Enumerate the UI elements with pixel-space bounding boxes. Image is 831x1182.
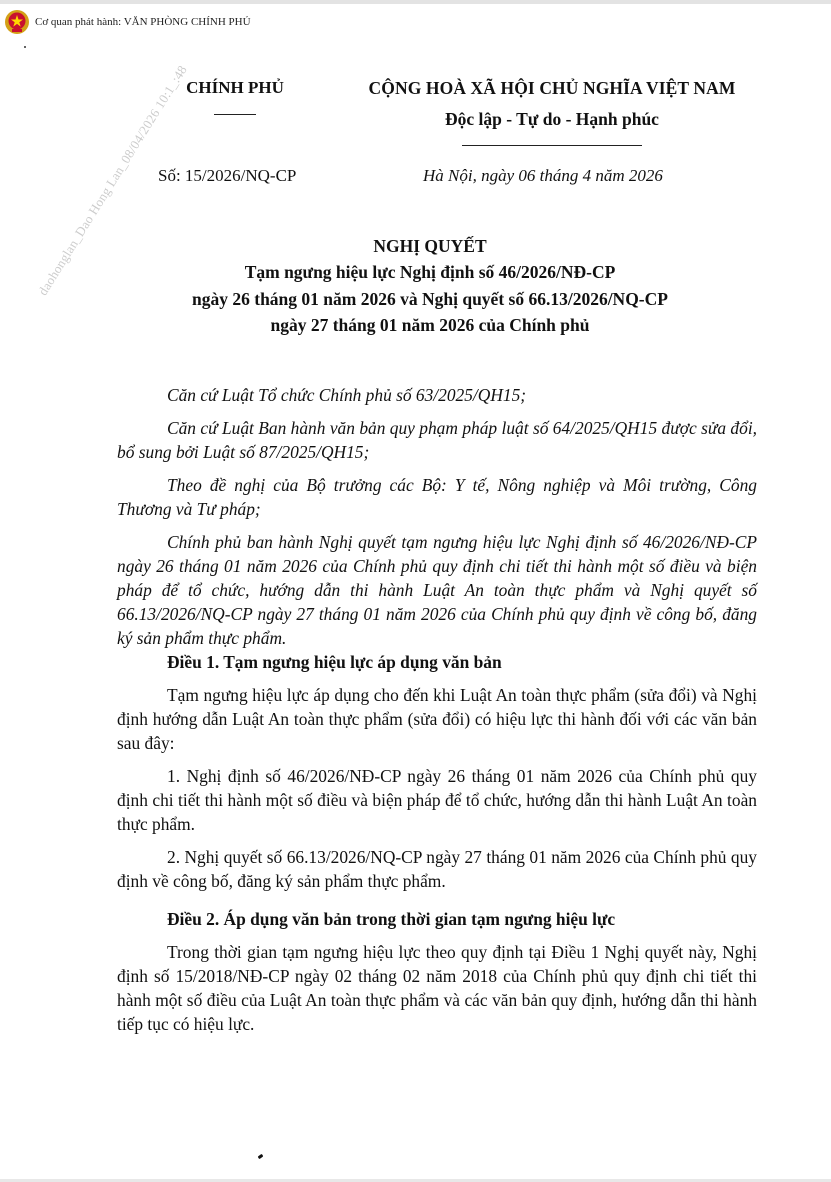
top-border: [0, 0, 831, 4]
issuer-banner: Cơ quan phát hành: VĂN PHÒNG CHÍNH PHỦ: [4, 9, 251, 35]
document-title: NGHỊ QUYẾT Tạm ngưng hiệu lực Nghị định …: [130, 233, 730, 339]
nation-name: CỘNG HOÀ XÃ HỘI CHỦ NGHĨA VIỆT NAM: [352, 78, 752, 99]
title-line: Tạm ngưng hiệu lực Nghị định số 46/2026/…: [130, 259, 730, 286]
issuer-label: Cơ quan phát hành: VĂN PHÒNG CHÍNH PHỦ: [35, 16, 251, 28]
document-number: Số: 15/2026/NQ-CP: [158, 166, 296, 186]
article-1-item: 1. Nghị định số 46/2026/NĐ-CP ngày 26 th…: [117, 764, 757, 836]
title-line: ngày 26 tháng 01 năm 2026 và Nghị quyết …: [130, 286, 730, 313]
motto-underline: [462, 145, 642, 146]
national-emblem-icon: [4, 9, 30, 35]
article-2-heading: Điều 2. Áp dụng văn bản trong thời gian …: [117, 907, 757, 931]
article-2-paragraph: Trong thời gian tạm ngưng hiệu lực theo …: [117, 940, 757, 1036]
preamble-basis: Căn cứ Luật Tổ chức Chính phủ số 63/2025…: [117, 383, 757, 407]
preamble-proposal: Theo đề nghị của Bộ trưởng các Bộ: Y tế,…: [117, 473, 757, 521]
title-line: ngày 27 tháng 01 năm 2026 của Chính phủ: [130, 312, 730, 339]
preamble-enactment: Chính phủ ban hành Nghị quyết tạm ngưng …: [117, 530, 757, 650]
document-body: Căn cứ Luật Tổ chức Chính phủ số 63/2025…: [117, 383, 757, 1036]
place-date: Hà Nội, ngày 06 tháng 4 năm 2026: [423, 166, 663, 186]
document-type: NGHỊ QUYẾT: [130, 233, 730, 259]
article-1-item: 2. Nghị quyết số 66.13/2026/NQ-CP ngày 2…: [117, 845, 757, 893]
preamble-basis: Căn cứ Luật Ban hành văn bản quy phạm ph…: [117, 416, 757, 464]
scan-mark: [258, 1154, 264, 1159]
article-1-heading: Điều 1. Tạm ngưng hiệu lực áp dụng văn b…: [117, 650, 757, 674]
national-motto: Độc lập - Tự do - Hạnh phúc: [352, 109, 752, 130]
article-1-paragraph: Tạm ngưng hiệu lực áp dụng cho đến khi L…: [117, 683, 757, 755]
organization-underline: [214, 114, 256, 115]
scan-dot: [24, 46, 26, 48]
national-header: CỘNG HOÀ XÃ HỘI CHỦ NGHĨA VIỆT NAM Độc l…: [352, 78, 752, 146]
